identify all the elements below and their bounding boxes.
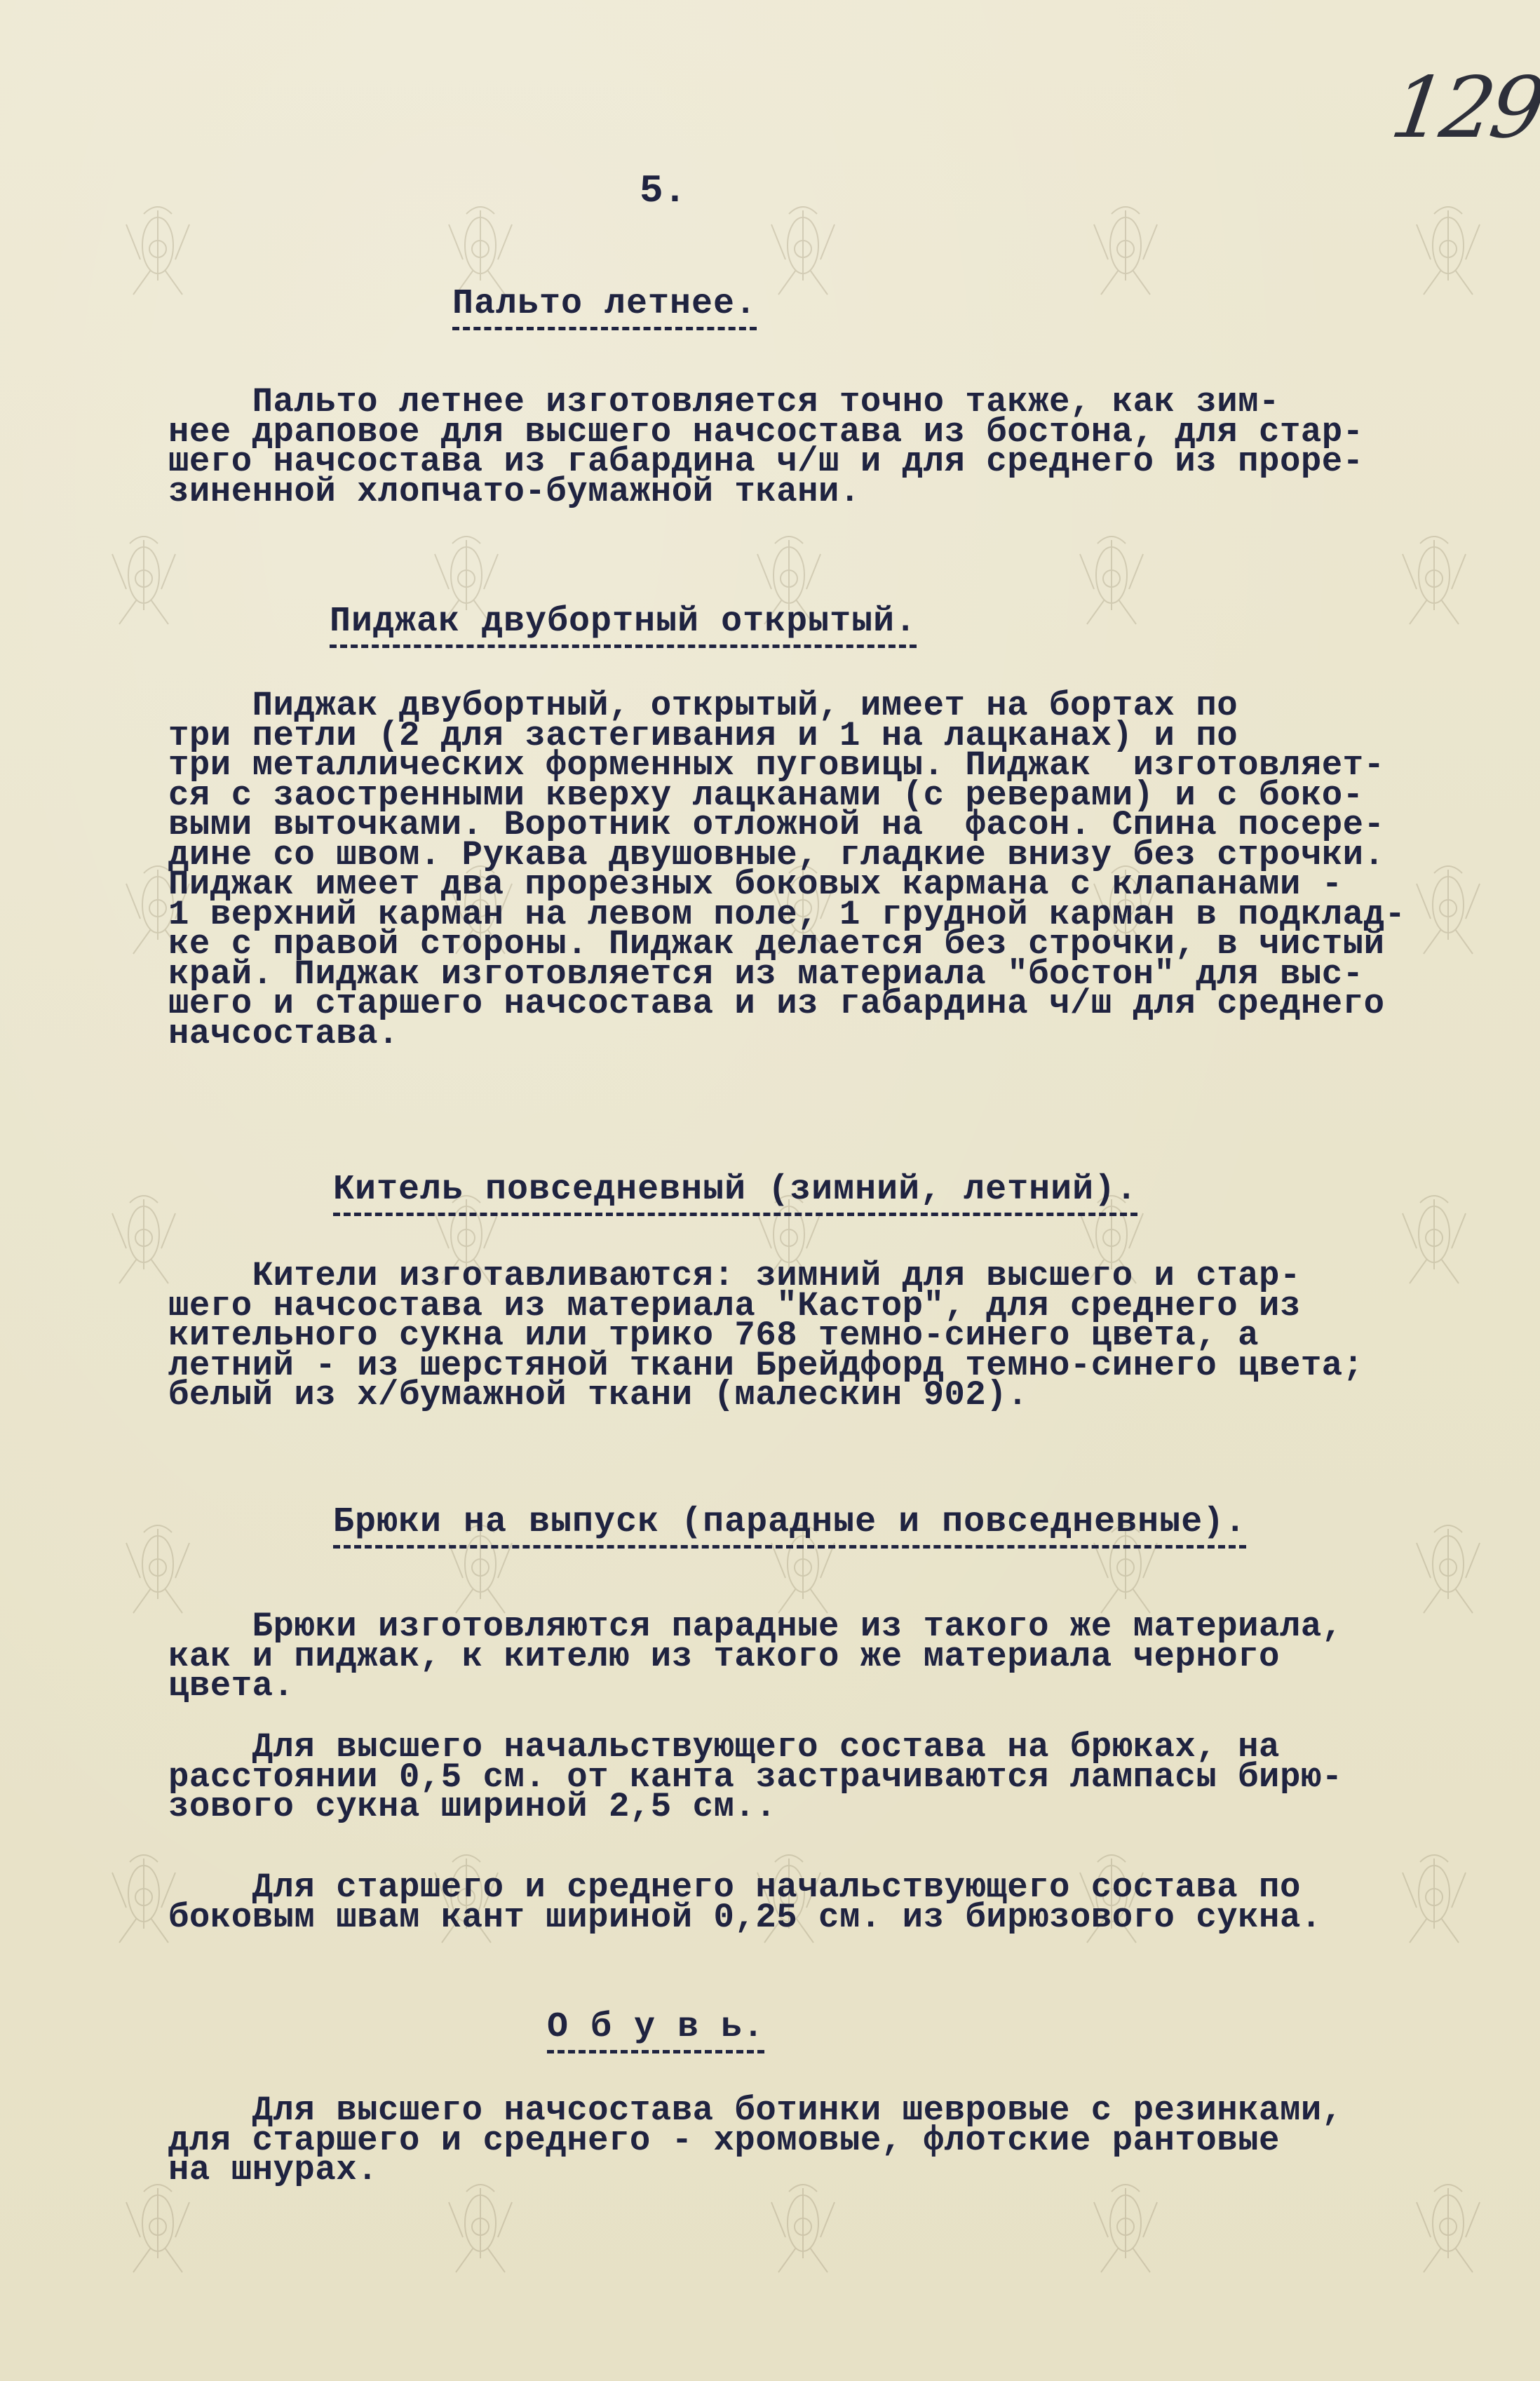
paragraph-trousers-1: Брюки изготовляются парадные из такого ж… xyxy=(168,1612,1501,1701)
heading-summer-coat: Пальто летнее. xyxy=(452,284,757,330)
naval-emblem-icon xyxy=(119,2174,196,2279)
paragraph-footwear: Для высшего начсостава ботинки шевровые … xyxy=(168,2096,1501,2185)
paragraph-summer-coat: Пальто летнее изготовляется точно также,… xyxy=(168,387,1501,506)
naval-emblem-icon xyxy=(119,196,196,302)
heading-jacket: Пиджак двубортный открытый. xyxy=(330,602,917,648)
naval-emblem-icon xyxy=(1410,196,1487,302)
naval-emblem-icon xyxy=(1410,1515,1487,1620)
folio-number: 129 xyxy=(1385,60,1540,157)
naval-emblem-icon xyxy=(442,2174,519,2279)
paragraph-jacket: Пиджак двубортный, открытый, имеет на бо… xyxy=(168,691,1501,1048)
naval-emblem-icon xyxy=(764,196,842,302)
naval-emblem-icon xyxy=(1087,196,1164,302)
naval-emblem-icon xyxy=(1087,2174,1164,2279)
heading-footwear: О б у в ь. xyxy=(547,2007,764,2053)
heading-tunic: Китель повседневный (зимний, летний). xyxy=(333,1170,1137,1216)
heading-trousers: Брюки на выпуск (парадные и повседневные… xyxy=(333,1502,1246,1549)
naval-emblem-icon xyxy=(105,526,182,631)
page-number: 5. xyxy=(640,168,687,213)
paragraph-trousers-2: Для высшего начальствующего состава на б… xyxy=(168,1732,1501,1822)
paragraph-trousers-3: Для старшего и среднего начальствующего … xyxy=(168,1873,1501,1932)
naval-emblem-icon xyxy=(1073,526,1150,631)
paragraph-tunic: Кители изготавливаются: зимний для высше… xyxy=(168,1261,1501,1410)
naval-emblem-icon xyxy=(1410,2174,1487,2279)
naval-emblem-icon xyxy=(764,2174,842,2279)
naval-emblem-icon xyxy=(1396,526,1473,631)
naval-emblem-icon xyxy=(119,1515,196,1620)
